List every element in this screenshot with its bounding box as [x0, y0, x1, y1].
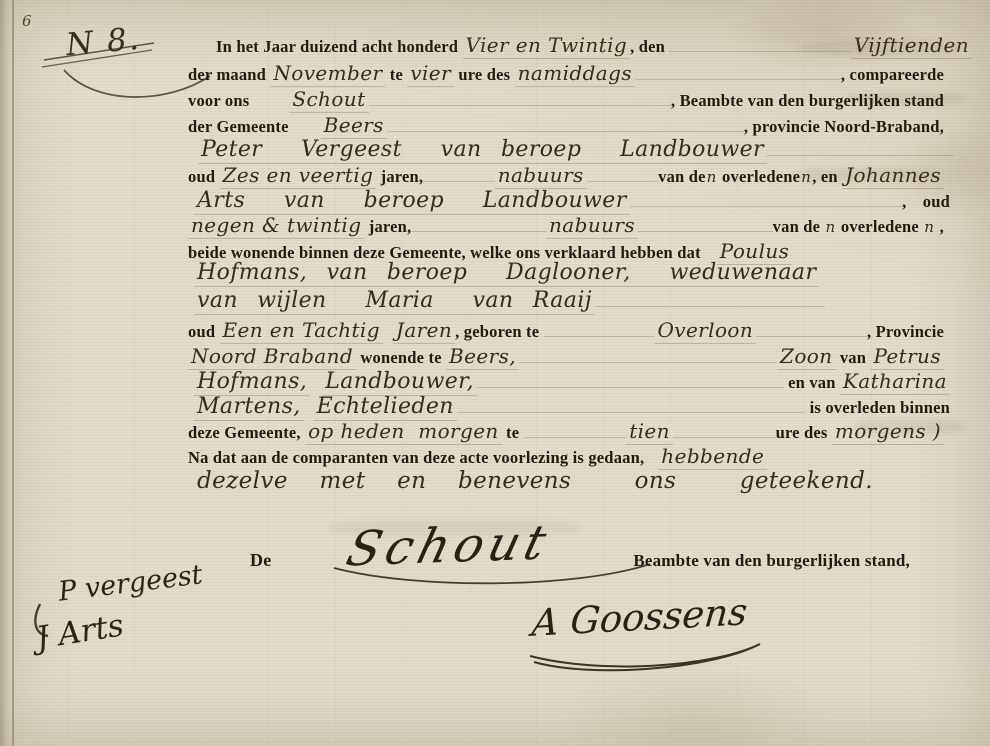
- act-line: oud Zes en veertig jaren, nabuurs van de…: [188, 163, 944, 189]
- act-line: der maand November te vier ure des namid…: [188, 61, 944, 87]
- blank-rule: [595, 305, 825, 307]
- blank-rule: [587, 180, 658, 182]
- printed-text: wonende te: [356, 348, 446, 368]
- handwritten-month: November: [270, 61, 385, 87]
- printed-de: De: [250, 550, 271, 571]
- page-edge-line: [12, 0, 14, 746]
- handwritten-letter-n: n: [706, 168, 718, 186]
- handwritten-declarant-2-first: Johannes: [842, 163, 944, 189]
- printed-text: oud: [188, 322, 220, 342]
- blank-rule: [638, 230, 773, 232]
- printed-text: , compareerde: [841, 65, 944, 85]
- corner-mark: 6: [22, 12, 32, 30]
- handwritten-spouses-word: Echtelieden: [314, 394, 457, 421]
- handwritten-province: Noord Braband: [188, 344, 356, 370]
- printed-text: van de: [773, 217, 825, 237]
- blank-rule: [756, 335, 867, 337]
- act-line: negen & twintig jaren, nabuurs van de n …: [188, 213, 944, 239]
- handwritten-mother-first: Katharina: [840, 369, 950, 395]
- handwritten-day: Vijftienden: [851, 33, 972, 59]
- handwritten-letter-n: n: [923, 218, 935, 236]
- act-line: In het Jaar duizend acht honderd Vier en…: [188, 33, 972, 59]
- handwritten-hour: vier: [407, 61, 454, 87]
- act-line: Arts van beroep Landbouwer , oud: [188, 188, 950, 215]
- handwritten-year: Vier en Twintig: [463, 33, 631, 59]
- handwritten-father-occupation: Landbouwer,: [322, 369, 477, 396]
- goossens-signature-flourish: [520, 640, 770, 674]
- act-line: der Gemeente Beers , provincie Noord-Bra…: [188, 113, 944, 139]
- death-certificate-scan: { "palette": { "paper": "#e1dccb", "prin…: [0, 0, 990, 746]
- act-line: van wijlen Maria van Raaij: [188, 288, 950, 315]
- handwritten-mother-surname: Martens,: [194, 394, 304, 421]
- printed-text: , Provincie: [867, 322, 944, 342]
- handwritten-deceased-details: Hofmans, van beroep Daglooner, weduwenaa…: [194, 260, 819, 287]
- printed-text: der Gemeente: [188, 117, 289, 137]
- act-line: deze Gemeente, op heden morgen te tien u…: [188, 419, 944, 445]
- act-line: Hofmans, Landbouwer, en van Katharina: [188, 369, 950, 396]
- handwritten-declarant-2: Arts van beroep Landbouwer: [194, 188, 630, 215]
- blank-rule: [630, 205, 903, 207]
- blank-rule: [767, 154, 954, 156]
- printed-text: ,: [935, 217, 944, 237]
- act-line: Noord Braband wonende te Beers, Zoon van…: [188, 344, 944, 370]
- printed-text: jaren,: [376, 167, 423, 187]
- act-line: dezelve met en benevens ons geteekend.: [188, 468, 950, 495]
- blank-rule: [673, 436, 776, 438]
- printed-text: Na dat aan de comparanten van deze acte …: [188, 448, 644, 468]
- handwritten-age: Zes en veertig: [220, 163, 377, 189]
- printed-text: , en: [812, 167, 842, 187]
- handwritten-death-hour: tien: [626, 419, 673, 445]
- blank-rule: [369, 104, 671, 106]
- printed-text: van: [836, 348, 871, 368]
- blank-rule: [387, 130, 744, 132]
- printed-official-title: Beambte van den burgerlijken stand,: [633, 551, 910, 571]
- handwritten-residence: Beers,: [446, 344, 519, 370]
- handwritten-age: negen & twintig: [188, 213, 364, 239]
- handwritten-municipality: Beers: [321, 113, 387, 139]
- blank-rule: [477, 386, 784, 388]
- printed-text: jaren,: [364, 217, 411, 237]
- printed-text: , Beambte van den burgerlijken stand: [671, 91, 944, 111]
- handwritten-father-surname: Hofmans,: [194, 369, 310, 396]
- blank-rule: [669, 50, 850, 52]
- handwritten-relation: nabuurs: [495, 163, 587, 189]
- printed-text: te: [385, 65, 407, 85]
- printed-text: voor ons: [188, 91, 249, 111]
- schout-signature-flourish: [328, 560, 658, 590]
- act-line: Hofmans, van beroep Daglooner, weduwenaa…: [188, 260, 950, 287]
- blank-rule: [457, 411, 805, 413]
- printed-text: deze Gemeente,: [188, 423, 305, 443]
- printed-text: ure des: [776, 423, 832, 443]
- printed-text: , den: [630, 37, 669, 57]
- printed-text: ure des: [454, 65, 515, 85]
- handwritten-declarant-1: Peter Vergeest van beroep Landbouwer: [198, 137, 767, 164]
- blank-rule: [635, 78, 841, 80]
- handwritten-closing-clause: dezelve met en benevens ons geteekend.: [194, 468, 876, 495]
- blank-rule: [524, 436, 627, 438]
- handwritten-late-spouse: van wijlen Maria van Raaij: [194, 288, 595, 315]
- handwritten-death-daypart: morgens ): [832, 419, 944, 445]
- act-line: oud Een en Tachtig Jaren , geboren te Ov…: [188, 318, 944, 344]
- blank-rule: [544, 335, 655, 337]
- printed-text: , geboren te: [455, 322, 543, 342]
- printed-text: van de: [658, 167, 706, 187]
- printed-text: overledene: [837, 217, 924, 237]
- printed-text: en van: [784, 373, 840, 393]
- printed-text: , oud: [902, 192, 950, 212]
- handwritten-son-word: Zoon: [777, 344, 835, 370]
- act-line: Peter Vergeest van beroep Landbouwer: [188, 137, 954, 164]
- act-line: Na dat aan de comparanten van deze acte …: [188, 444, 944, 470]
- handwritten-birthplace: Overloon: [654, 318, 756, 344]
- handwritten-death-day: op heden morgen: [305, 419, 502, 445]
- printed-text: overledene: [718, 167, 800, 187]
- handwritten-official: Schout: [289, 87, 368, 113]
- printed-text: In het Jaar duizend acht honderd: [216, 37, 463, 57]
- handwritten-years-word: Jaren: [393, 318, 455, 344]
- arts-signature-flourish: [30, 600, 140, 640]
- printed-text: is overleden binnen: [805, 398, 950, 418]
- handwritten-relation: nabuurs: [546, 213, 638, 239]
- handwritten-daypart: namiddags: [515, 61, 635, 87]
- handwritten-letter-n: n: [800, 168, 812, 186]
- handwritten-age-deceased: Een en Tachtig: [220, 318, 383, 344]
- blank-rule: [411, 230, 546, 232]
- printed-text: te: [502, 423, 524, 443]
- handwritten-father-first: Petrus: [870, 344, 944, 370]
- handwritten-hebbende: hebbende: [658, 444, 767, 470]
- handwritten-letter-n: n: [825, 218, 837, 236]
- act-line: Martens, Echtelieden is overleden binnen: [188, 394, 950, 421]
- blank-rule: [423, 180, 494, 182]
- printed-text: , provincie Noord-Braband,: [744, 117, 944, 137]
- act-line: voor ons Schout , Beambte van den burger…: [188, 87, 944, 113]
- printed-text: oud: [188, 167, 220, 187]
- blank-rule: [519, 361, 777, 363]
- printed-text: der maand: [188, 65, 270, 85]
